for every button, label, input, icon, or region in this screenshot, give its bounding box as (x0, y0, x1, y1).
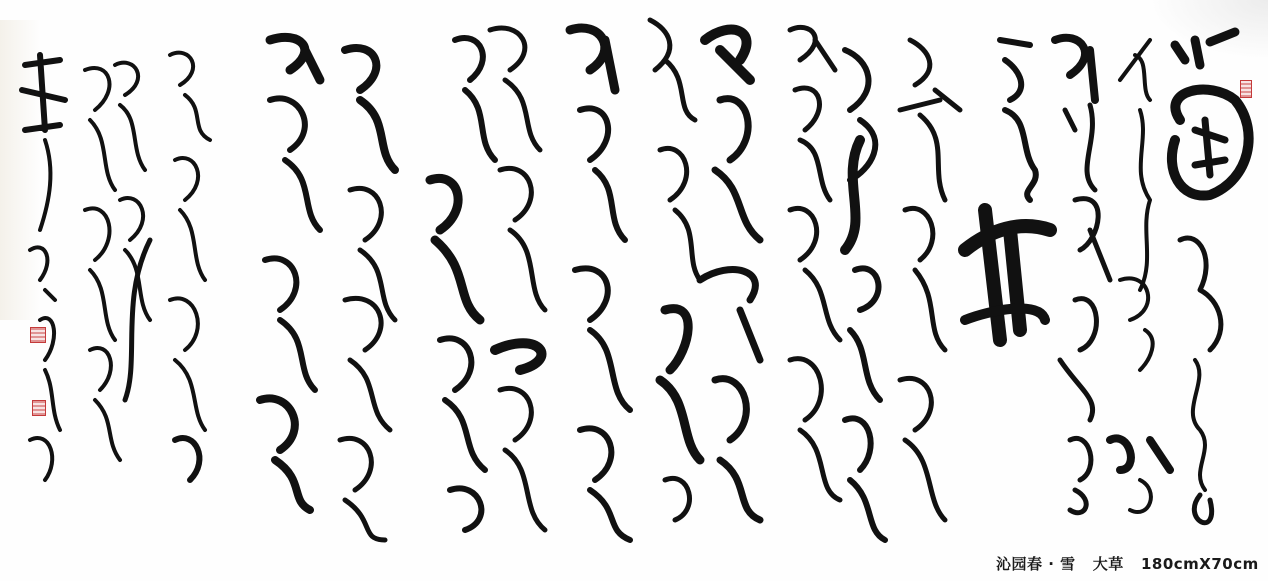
signature-seal-1 (30, 327, 46, 343)
calligraphy-artwork: 沁园春 · 雪 大草 180cmX70cm (0, 0, 1268, 581)
column-4 (965, 40, 1050, 340)
column-3 (1055, 38, 1110, 513)
column-13 (340, 48, 395, 540)
column-14 (260, 37, 320, 510)
leading-seal (1240, 80, 1252, 98)
column-7 (790, 27, 840, 500)
column-5 (900, 40, 960, 520)
column-9 (650, 20, 700, 520)
inscription (22, 53, 210, 480)
artwork-caption: 沁园春 · 雪 大草 180cmX70cm (996, 553, 1259, 574)
column-6 (845, 50, 885, 540)
column-12 (430, 38, 495, 530)
column-8 (700, 30, 760, 520)
column-11 (490, 28, 545, 530)
signature-seal-2 (32, 400, 46, 416)
brush-strokes (0, 0, 1268, 581)
column-1 (1172, 32, 1249, 523)
column-10 (570, 28, 630, 540)
column-2 (1110, 40, 1170, 512)
